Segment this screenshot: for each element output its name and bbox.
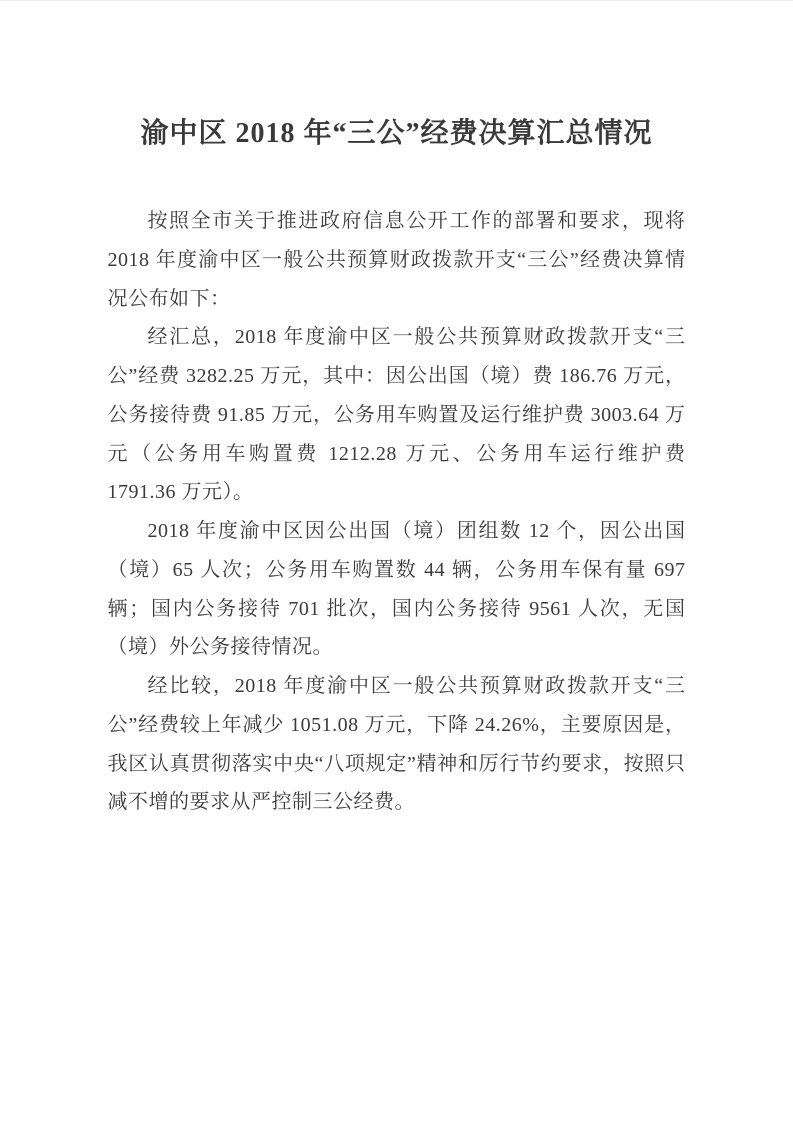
paragraph-statistics: 2018 年度渝中区因公出国（境）团组数 12 个，因公出国（境）65 人次；公…	[108, 512, 686, 667]
document-body: 按照全市关于推进政府信息公开工作的部署和要求，现将 2018 年度渝中区一般公共…	[108, 202, 686, 822]
paragraph-expense-summary: 经汇总，2018 年度渝中区一般公共预算财政拨款开支“三公”经费 3282.25…	[108, 318, 686, 512]
document-title: 渝中区 2018 年“三公”经费决算汇总情况	[0, 114, 793, 154]
document-page: 渝中区 2018 年“三公”经费决算汇总情况 按照全市关于推进政府信息公开工作的…	[0, 0, 793, 1122]
paragraph-intro: 按照全市关于推进政府信息公开工作的部署和要求，现将 2018 年度渝中区一般公共…	[108, 202, 686, 318]
paragraph-comparison: 经比较，2018 年度渝中区一般公共预算财政拨款开支“三公”经费较上年减少 10…	[108, 667, 686, 822]
